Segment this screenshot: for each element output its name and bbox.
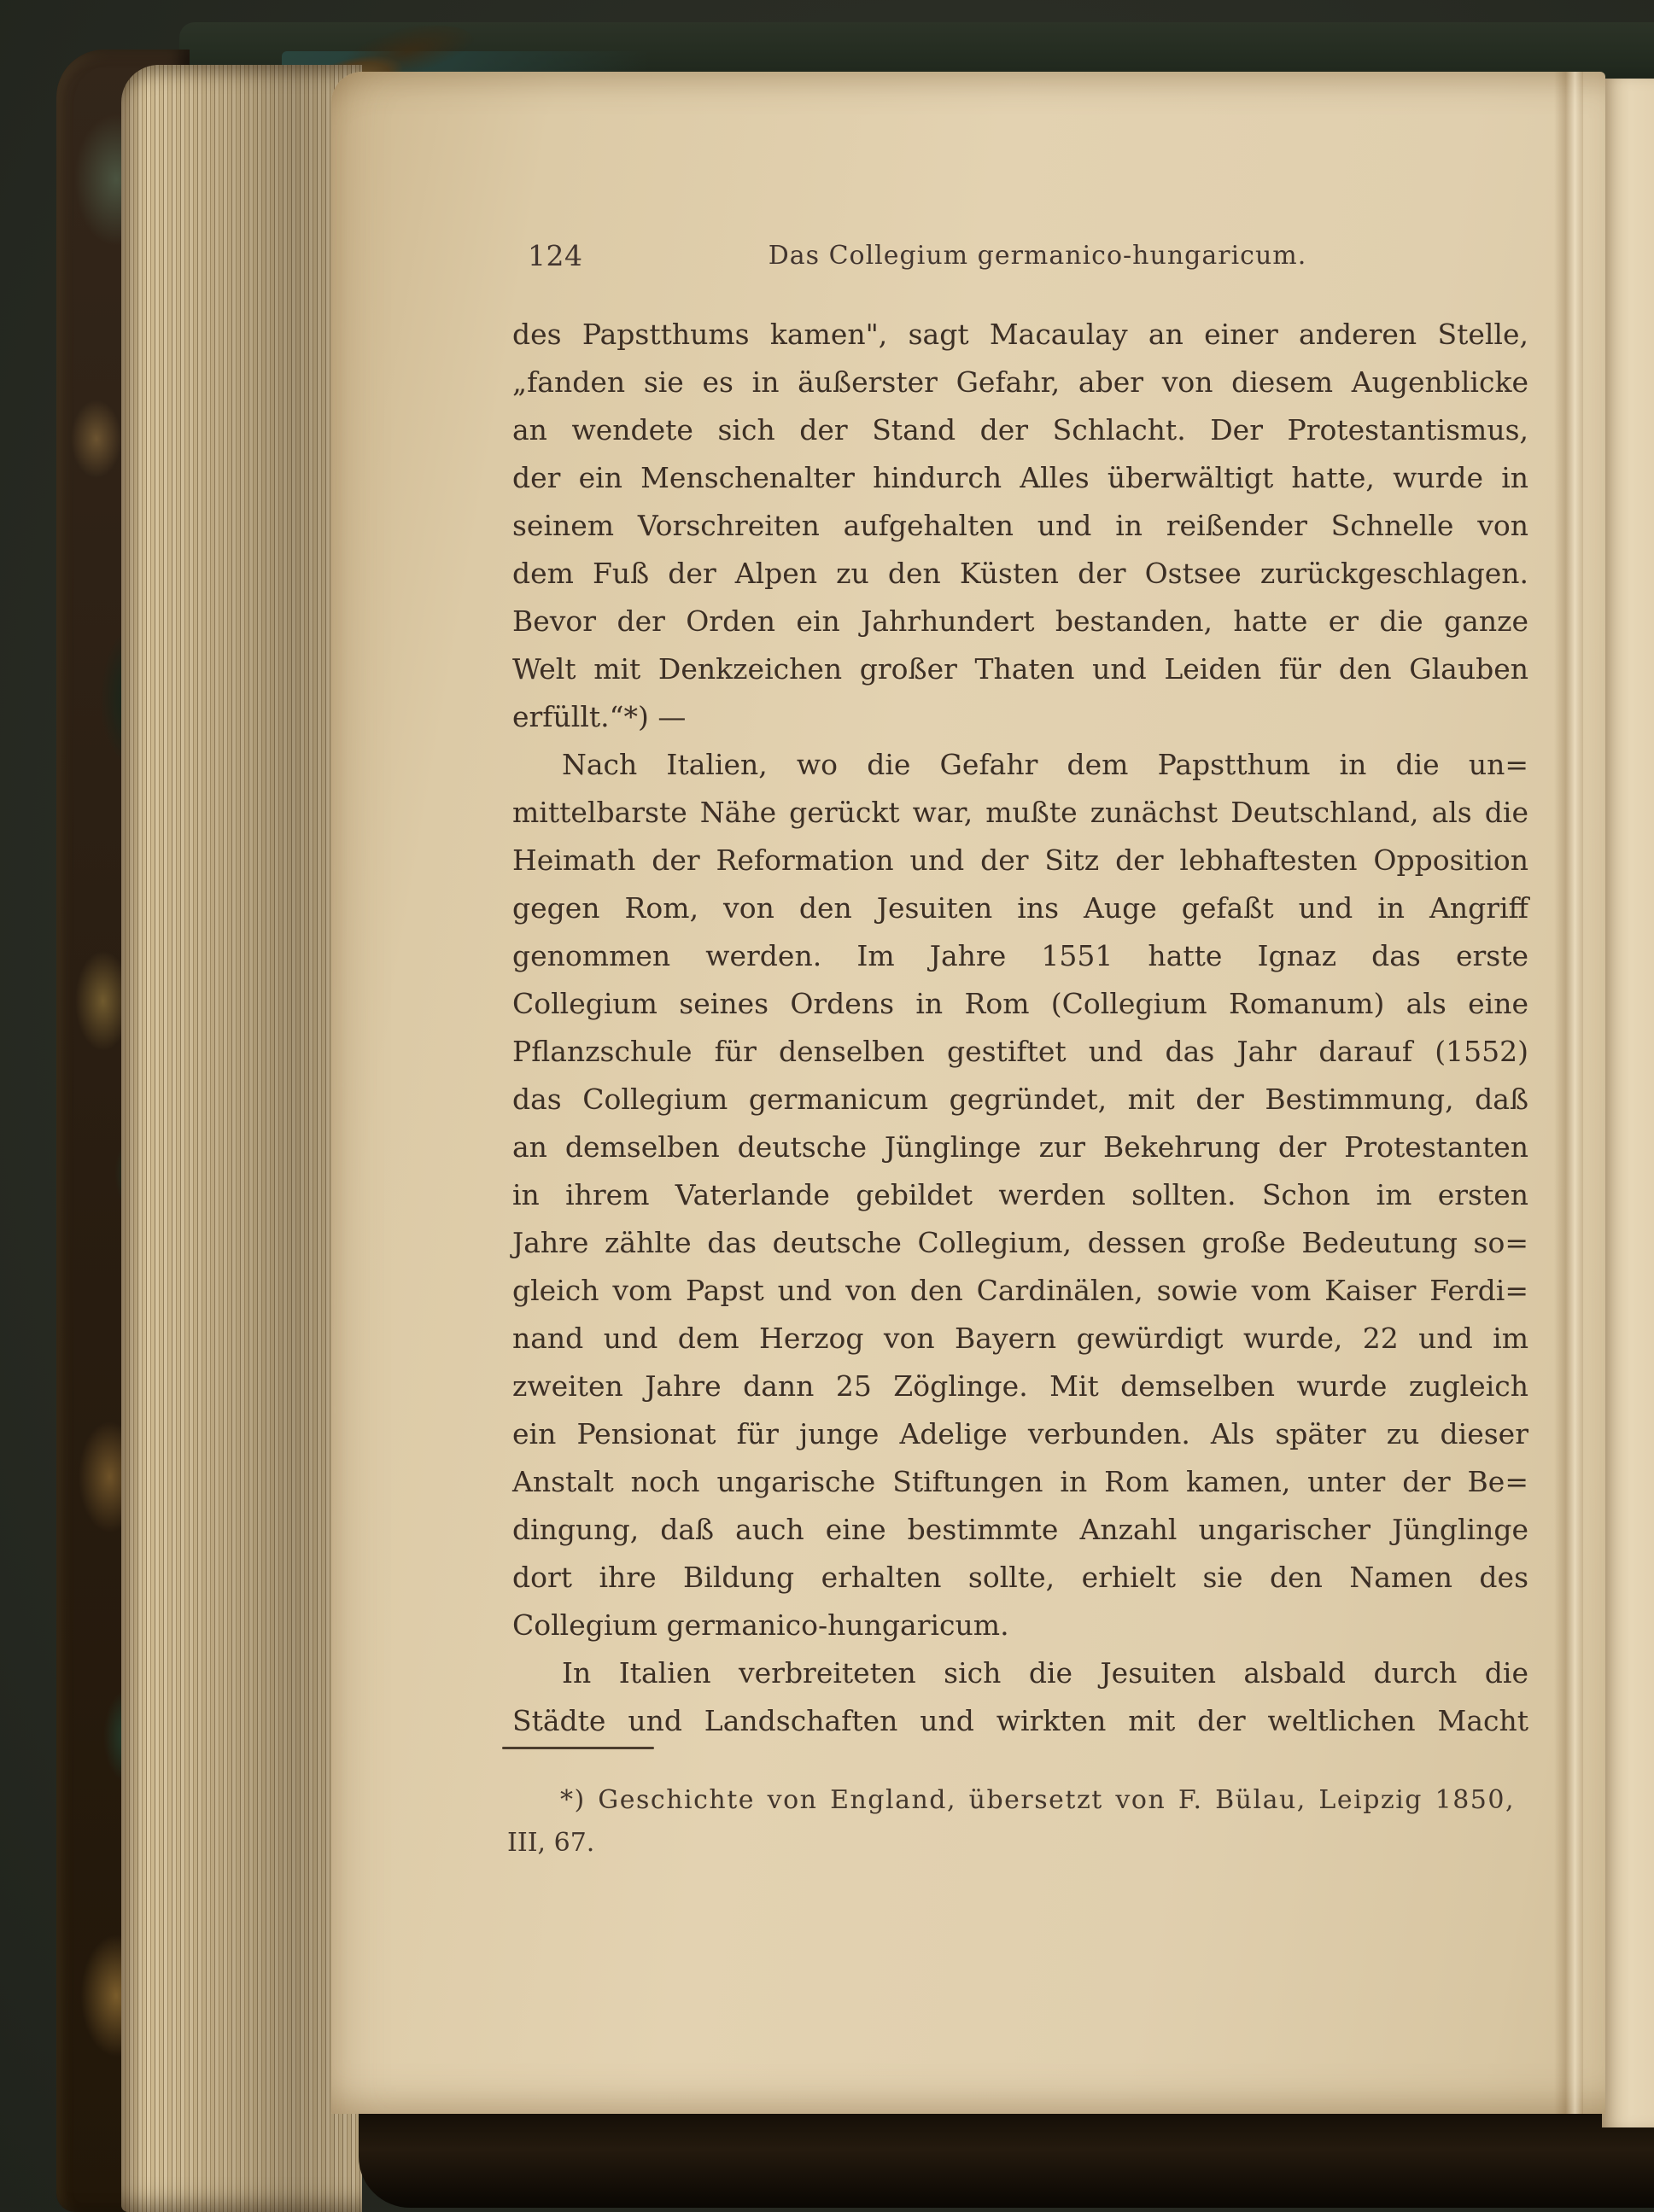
body-text-line: Städte und Landschaften und wirkten mit … <box>512 1697 1528 1745</box>
body-text-line: Collegium seines Ordens in Rom (Collegiu… <box>512 980 1528 1028</box>
body-text-line: gleich vom Papst und von den Cardinälen,… <box>512 1267 1528 1315</box>
body-text-line: genommen werden. Im Jahre 1551 hatte Ign… <box>512 932 1528 980</box>
body-text-line: Pflanzschule für denselben gestiftet und… <box>512 1028 1528 1076</box>
facing-page-sliver <box>1602 79 1654 2127</box>
body-text-line: zweiten Jahre dann 25 Zöglinge. Mit dems… <box>512 1363 1528 1410</box>
body-text-line: Heimath der Reformation und der Sitz der… <box>512 837 1528 884</box>
body-text-line: Jahre zählte das deutsche Collegium, des… <box>512 1219 1528 1267</box>
body-text-line: Collegium germanico-hungaricum. <box>512 1602 1528 1649</box>
body-text-line: Welt mit Denkzeichen großer Thaten und L… <box>512 645 1528 693</box>
footnote-block: *) Geschichte von England, übersetzt von… <box>507 1779 1515 1865</box>
body-text-line: ein Pensionat für junge Adelige verbunde… <box>512 1410 1528 1458</box>
footnote-line: III, 67. <box>507 1822 1515 1865</box>
body-text-line: dingung, daß auch eine bestimmte Anzahl … <box>512 1506 1528 1554</box>
body-text-line: an wendete sich der Stand der Schlacht. … <box>512 406 1528 454</box>
gutter-crease <box>1554 72 1583 2114</box>
body-text-line: In Italien verbreiteten sich die Jesuite… <box>512 1649 1528 1697</box>
page-header: 124 Das Collegium germanico-hungaricum. <box>512 239 1528 280</box>
body-text-line: das Collegium germanicum gegründet, mit … <box>512 1076 1528 1124</box>
body-text-line: in ihrem Vaterlande gebildet werden soll… <box>512 1171 1528 1219</box>
body-text-line: des Papstthums kamen", sagt Macaulay an … <box>512 311 1528 359</box>
body-text-line: mittelbarste Nähe gerückt war, mußte zun… <box>512 789 1528 837</box>
body-text-line: dem Fuß der Alpen zu den Küsten der Osts… <box>512 550 1528 598</box>
body-text-line: erfüllt.“*) — <box>512 693 1528 741</box>
body-text-line: der ein Menschenalter hindurch Alles übe… <box>512 454 1528 502</box>
body-text-line: nand und dem Herzog von Bayern gewürdigt… <box>512 1315 1528 1363</box>
body-text-line: „fanden sie es in äußerster Gefahr, aber… <box>512 359 1528 406</box>
body-text-line: an demselben deutsche Jünglinge zur Beke… <box>512 1124 1528 1171</box>
book-page: 124 Das Collegium germanico-hungaricum. … <box>331 72 1605 2114</box>
body-text-line: dort ihre Bildung erhalten sollte, erhie… <box>512 1554 1528 1602</box>
body-text-line: Bevor der Orden ein Jahrhundert bestande… <box>512 598 1528 645</box>
body-text-line: gegen Rom, von den Jesuiten ins Auge gef… <box>512 884 1528 932</box>
footnote-line: *) Geschichte von England, übersetzt von… <box>507 1779 1515 1822</box>
running-header-title: Das Collegium germanico-hungaricum. <box>512 241 1563 271</box>
body-text-line: Nach Italien, wo die Gefahr dem Papstthu… <box>512 741 1528 789</box>
page-stack-edges <box>121 65 362 2212</box>
photo-background: 124 Das Collegium germanico-hungaricum. … <box>0 0 1654 2212</box>
footnote-rule <box>502 1747 654 1749</box>
body-text-line: seinem Vorschreiten aufgehalten und in r… <box>512 502 1528 550</box>
text-block: des Papstthums kamen", sagt Macaulay an … <box>512 311 1528 1745</box>
book-cover-bottom-edge <box>359 2107 1654 2208</box>
body-text-line: Anstalt noch ungarische Stiftungen in Ro… <box>512 1458 1528 1506</box>
